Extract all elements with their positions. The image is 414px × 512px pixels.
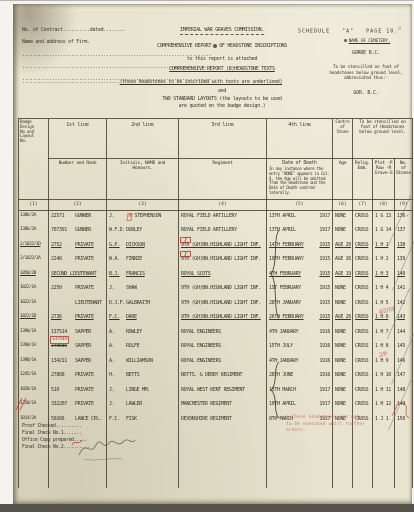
scan-edge-bottom [0, 504, 414, 512]
red-margin-mark [14, 396, 28, 412]
table-row: 1386/2A22571GUNNERJ.MSTEPHENSONROYAL FIE… [19, 211, 413, 226]
red-handwritten-note: 2/9 [378, 351, 387, 358]
attached-line: to this report is attached [110, 56, 334, 62]
header-number-rank: Number and Rank [49, 159, 107, 200]
proof-checked-line: Proof Checked.......... [22, 423, 89, 430]
red-initial-correction: M [126, 213, 133, 221]
stencil-note-right: To be stencilled on foot of headstones b… [320, 65, 412, 82]
ink-smudge-icon [344, 39, 347, 42]
firm-line: Name and address of Firm. [22, 39, 90, 45]
table-row: 1390/1A137514SAPPERA.ROWLEYROYAL ENGINEE… [19, 327, 413, 342]
table-row: 1022/1D2736PRIVATEF.C.DARE9TH (GH)BN.HIG… [19, 312, 413, 327]
header-plot-row-grave: Plot -P Row -R Grave-G [373, 159, 395, 200]
layouts-line-2: are quoted on the badge design.) [110, 103, 334, 109]
cemetery-label: NAME OF CEMETERY. [320, 39, 412, 45]
header-no-of-stones: No. of Stones [395, 159, 413, 200]
cemetery-abbreviation: GOR. B.C. [320, 91, 412, 97]
cemetery-name: GORRE B.C. [320, 51, 412, 57]
column-number-row: (1) (2) (3) (4) (5) (6) (7) (8) (9) [19, 200, 413, 211]
table-row: 1022/1A2250PRIVATEJ.SHAW9TH (GH)BN.HIGHL… [19, 283, 413, 298]
red-correction-mark [180, 236, 191, 242]
red-tick-mark: ✓ [406, 213, 409, 219]
header-badge-design: Badge Design No.and Layout No. [19, 119, 49, 200]
red-correction: 137544 [50, 336, 69, 344]
header-initials-name: Initials, NAME and Honours. [107, 159, 179, 200]
layouts-line-1: TWO STANDARD LAYOUTS (the layouts to be … [110, 96, 334, 102]
header-age: Age [333, 159, 353, 200]
table-row: 1245/1A27868PRIVATEH.BETTSNOTTS. & DERBY… [19, 370, 413, 385]
header-centre-of-stone: Centre of Stone [333, 119, 353, 159]
table-row: 2/1022/1A2248PRIVATEW.A.FINNIE9TH (GH)BN… [19, 254, 413, 269]
header-stencil-note: To be stencilled on foot of Headstones b… [353, 119, 413, 159]
schedule-line: SCHEDULE "A" PAGE 10.6 [298, 27, 402, 35]
red-scribble [390, 396, 412, 420]
footnote: a These headstones are not to be execute… [286, 415, 365, 435]
date-of-death-note: In any instance where the entry "NONE" a… [267, 166, 332, 195]
report-b-title: COMPREHENSIVE REPORT (B)HEADSTONE TEXTS [110, 66, 334, 72]
pencil-page-mark: 6 [398, 27, 402, 32]
report-a-title: COMPREHENSIVE REPORTOF HEADSTONE INSCRIP… [110, 43, 334, 49]
table-row: 1390/1A134211SAPPERA.WILLIAMSONROYAL ENG… [19, 356, 413, 371]
header-regiment: Regiment [179, 159, 267, 200]
table-row: 1022/1ALIEUTENANTD.J.F.GALBRAITH9TH (GH)… [19, 298, 413, 313]
red-correction-mark [180, 251, 191, 257]
table-row: 1028/1A510PRIVATEJ.LINGE MM.ROYAL WEST K… [19, 385, 413, 400]
and-word: and [110, 88, 334, 94]
header-religious-emblem: Relig. Emb. [353, 159, 373, 200]
header-3rd-line: 3rd line [179, 119, 267, 159]
grouping-brace [269, 229, 281, 319]
table-row: 1050/2BSECOND LIEUTENANTB.J.FRANCISROYAL… [19, 269, 413, 284]
scanned-document-page: { "page": { "contract_line": "No. of Con… [0, 0, 414, 512]
table-row: 1390/1A137544140589SAPPERA.ROLFEROYAL EN… [19, 341, 413, 356]
header-2nd-line: 2nd line [107, 119, 179, 159]
ink-smudge-icon [213, 44, 217, 48]
table-row: 2/1022/1D2752PRIVATEG.P.DICKSON9TH (GH)B… [19, 240, 413, 255]
header-4th-line: 4th line [267, 119, 333, 159]
table-row: 1350/1A332207PRIVATEJ.LAWLERMANCHESTER R… [19, 399, 413, 414]
underline-note-line: ....................................(tho… [22, 79, 282, 85]
grouping-brace [269, 361, 281, 419]
scan-edge-top [0, 0, 414, 1]
pencil-signature [76, 433, 138, 463]
header-date-of-death: Date of Death In any instance where the … [267, 159, 333, 200]
table-row: 1386/2A707391GUNNERW.F.D.DUDLEYROYAL FIE… [19, 225, 413, 240]
header-1st-line: 1st line [49, 119, 107, 159]
